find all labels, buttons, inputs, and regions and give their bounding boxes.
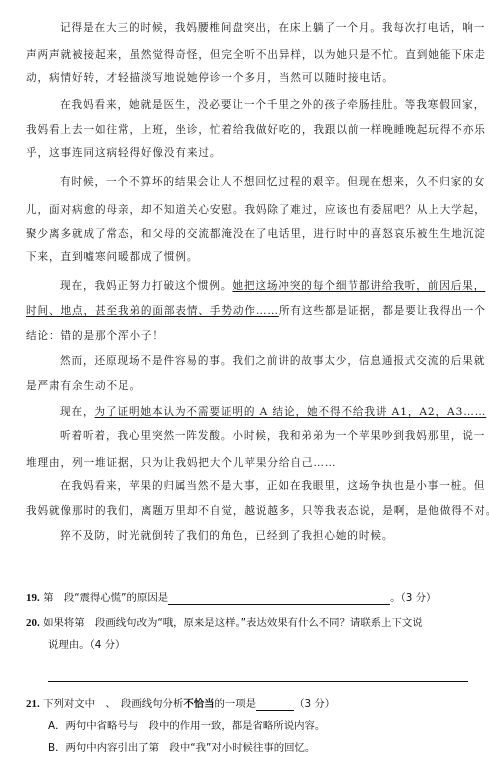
passage-line: 听着听着，我心里突然一阵发酸。小时候，我和弟弟为一个苹果吵到我妈那里，说一	[60, 429, 468, 443]
option-b: B．两句中内容引出了第 段中“我”对小时候往事的回忆。	[48, 741, 315, 755]
question-number: 19.	[26, 592, 40, 604]
question-21: 21. 下列对文中 、 段画线句分析不恰当的一项是（3 分）	[26, 697, 335, 711]
passage-line: 堆理由，列一堆证据，只为让我妈把大个儿苹果分给自己……	[26, 456, 468, 470]
question-20: 20. 如果将第 段画线句改为“哦，原来是这样。”表达效果有什么不同？请联系上下…	[26, 616, 423, 630]
plain-text: 现在，	[60, 406, 94, 418]
passage-line: 有时候，一个不算坏的结果会让人不想回忆过程的艰辛。但现在想来，久不归家的女	[60, 175, 468, 189]
option-a: A．两句中省略号与 段中的作用一致，都是省略所说内容。	[48, 719, 325, 733]
plain-text: 所有这些都是证据，都是要让我得出一个	[279, 305, 486, 317]
score-note: 。（3 分）	[390, 592, 436, 604]
underlined-sentence: 为了证明她本认为不需要证明的 A 结论，她不得不给我讲 A1，A2，A3……	[94, 406, 486, 418]
passage-line: 儿，面对病愈的母亲，却不知道关心安慰。我妈除了难过，应该也有委屈吧？从上大学起，	[26, 203, 468, 217]
passage-line: 记得是在大三的时候，我妈腰椎间盘突出，在床上躺了一个月。我每次打电话，响一	[60, 21, 468, 35]
question-20-cont: 说理由。（4 分）	[48, 638, 125, 652]
passage-line: 在我妈看来，苹果的归属当然不是大事，正如在我眼里，这场争执也是小事一桩。但	[60, 479, 468, 493]
passage-line: 我妈就像那时的我们，离题万里却不自觉，越说越多，只等我表态说，是啊，是他做得不对…	[26, 504, 468, 518]
question-text: 第 段“震得心慌”的原因是	[43, 592, 168, 604]
passage-line: 声两声就被接起来，虽然觉得奇怪，但完全听不出异样，以为她只是不忙。直到她能下床走	[26, 48, 468, 62]
question-text: 如果将第 段画线句改为“哦，原来是这样。”表达效果有什么不同？请联系上下文说	[43, 617, 423, 629]
passage-line: 现在，我妈正努力打破这个惯例。她把这场冲突的每个细节都讲给我听，前因后果，	[60, 279, 468, 293]
underlined-sentence: 她把这场冲突的每个细节都讲给我听，前因后果，	[232, 280, 485, 292]
question-number: 21.	[26, 698, 40, 710]
answer-blank[interactable]	[168, 593, 390, 605]
answer-line[interactable]	[48, 681, 468, 682]
score-note: （3 分）	[294, 698, 335, 710]
passage-line: 在我妈看来，她就是医生，没必要让一个千里之外的孩子牵肠挂肚。等我寒假回家，	[60, 98, 468, 112]
passage-line: 时间、地点，甚至我弟的面部表情、手势动作……所有这些都是证据，都是要让我得出一个	[26, 304, 468, 318]
answer-blank[interactable]	[256, 699, 294, 711]
passage-line: 乎，这事连同这病轻得好像没有来过。	[26, 146, 468, 160]
passage-line: 下来，直到嘘寒问暖都成了惯例。	[26, 250, 468, 264]
passage-line: 是严肃有余生动不足。	[26, 379, 468, 393]
emphasis-text: 不恰当	[183, 698, 214, 710]
question-text: 的一项是	[215, 698, 257, 710]
plain-text: 现在，我妈正努力打破这个惯例。	[60, 280, 232, 292]
passage-line: 我妈看上去一如往常，上班，坐诊，忙着给我做好吃的，我跟以前一样晚睡晚起玩得不亦乐	[26, 123, 468, 137]
passage-line: 现在，为了证明她本认为不需要证明的 A 结论，她不得不给我讲 A1，A2，A3……	[60, 405, 468, 419]
passage-line: 然而，还原现场不是件容易的事。我们之前讲的故事太少，信息通报式交流的后果就	[60, 354, 468, 368]
passage-line: 动，病情好转，才轻描淡写地说她停诊一个多月，当然可以随时接电话。	[26, 71, 468, 85]
underlined-sentence: 时间、地点，甚至我弟的面部表情、手势动作……	[26, 305, 279, 317]
question-text: 下列对文中 、 段画线句分析	[43, 698, 183, 710]
passage-line: 猝不及防，时光就倒转了我们的角色，已经到了我担心她的时候。	[60, 529, 468, 543]
passage-line: 聚少离多就成了常态，和父母的交流都淹没在了电话里，进行时中的喜怒哀乐被生生地沉淀	[26, 227, 468, 241]
question-number: 20.	[26, 617, 40, 629]
question-19: 19. 第 段“震得心慌”的原因是。（3 分）	[26, 591, 436, 605]
passage-line: 结论：错的是那个浑小子！	[26, 329, 468, 343]
